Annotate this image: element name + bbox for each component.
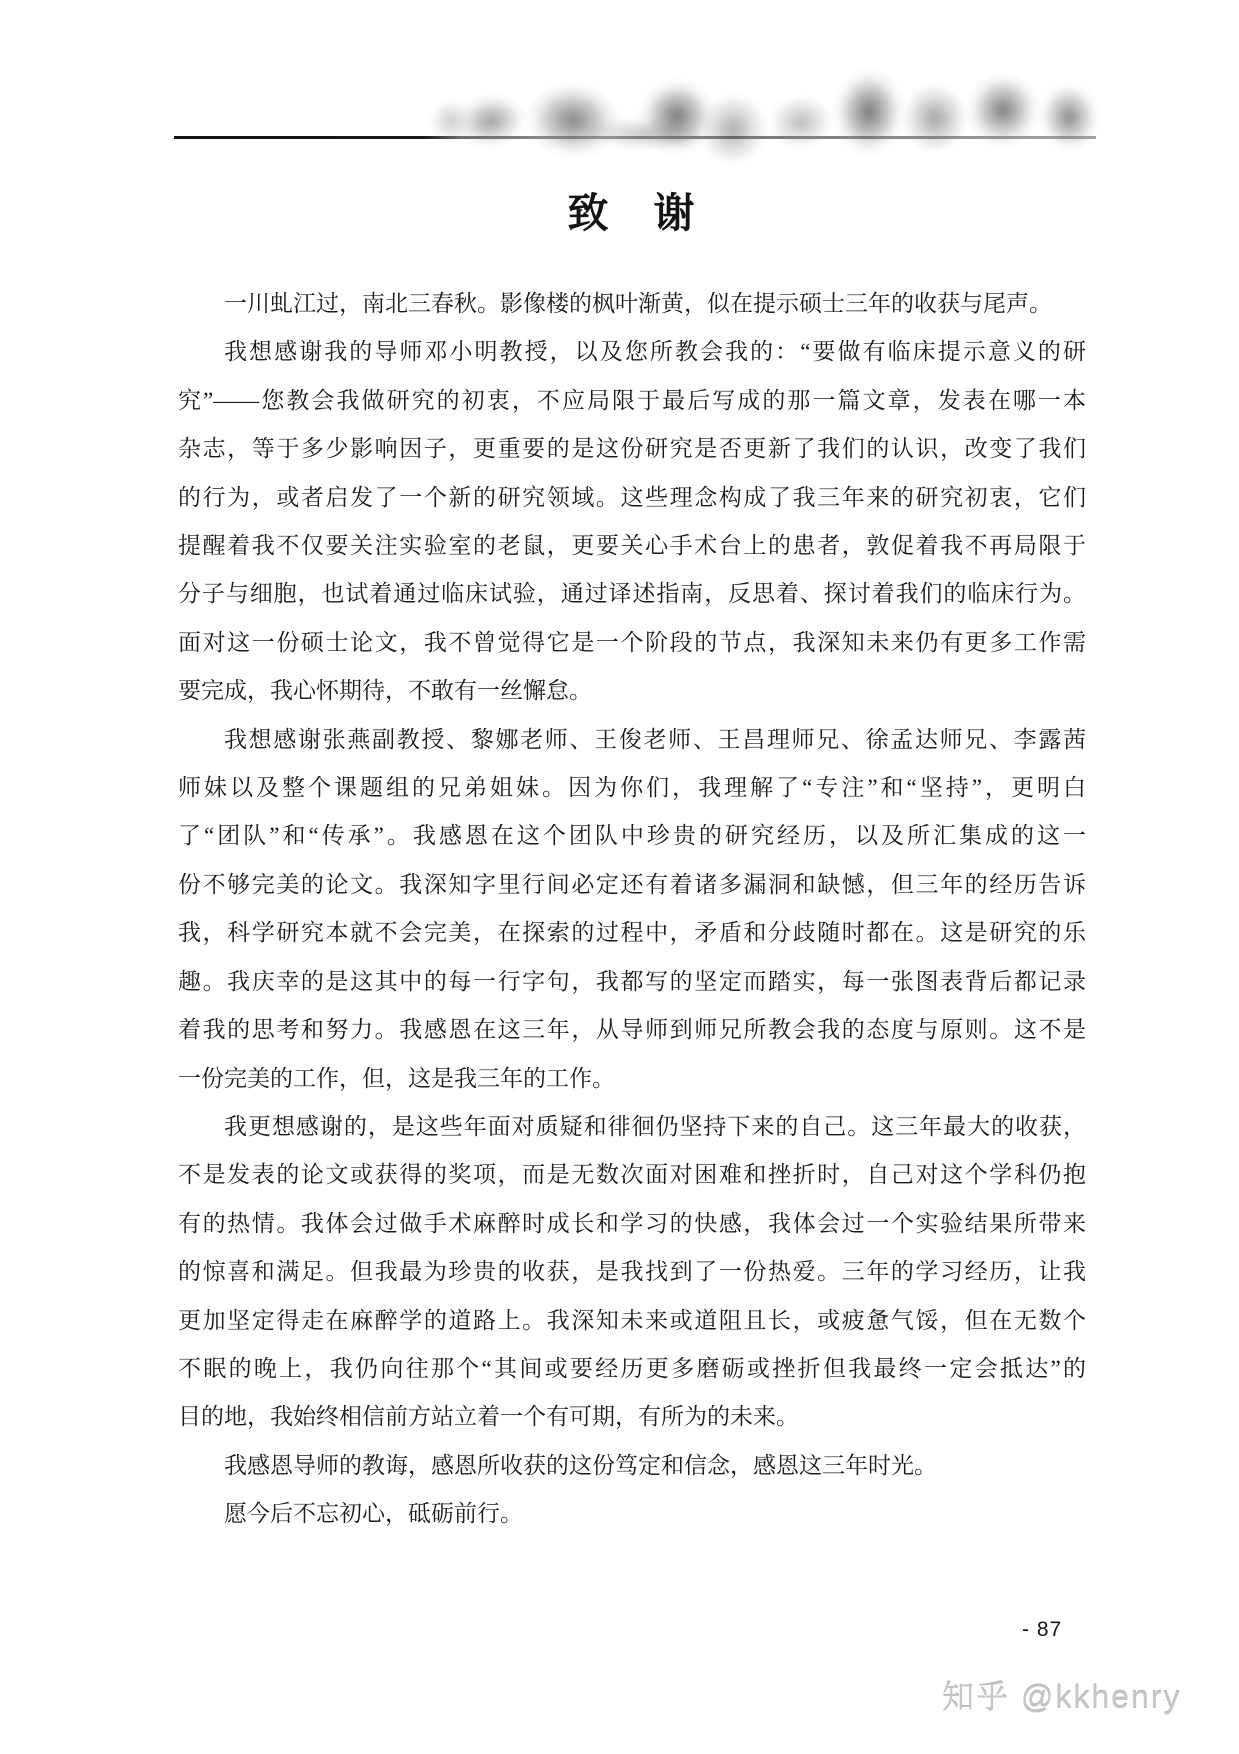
- smudge-mark: [767, 93, 834, 151]
- body-text: 一川虬江过，南北三春秋。影像楼的枫叶渐黄，似在提示硕士三年的收获与尾声。我想感谢…: [178, 280, 1086, 1539]
- text-line: 一川虬江过，南北三春秋。影像楼的枫叶渐黄，似在提示硕士三年的收获与尾声。: [178, 280, 1086, 328]
- text-line: 一份完美的工作，但，这是我三年的工作。: [178, 1055, 1086, 1103]
- smudge-mark: [1034, 78, 1104, 155]
- text-line: 愿今后不忘初心，砥砺前行。: [178, 1490, 1086, 1538]
- text-line: 杂志，等于多少影响因子，更重要的是这份研究是否更新了我们的认识，改变了我们: [178, 425, 1086, 473]
- text-line: 师妹以及整个课题组的兄弟姐妹。因为你们，我理解了“专注”和“坚持”，更明白: [178, 764, 1086, 812]
- text-line: 要完成，我心怀期待，不敢有一丝懈怠。: [178, 667, 1086, 715]
- page-number: - 87: [1022, 1618, 1062, 1642]
- text-line: 了“团队”和“传承”。我感恩在这个团队中珍贵的研究经历，以及所汇集成的这一: [178, 812, 1086, 860]
- text-line: 我感恩导师的教诲，感恩所收获的这份笃定和信念，感恩这三年时光。: [178, 1442, 1086, 1490]
- text-line: 更加坚定得走在麻醉学的道路上。我深知未来或道阻且长，或疲惫气馁，但在无数个: [178, 1297, 1086, 1345]
- text-line: 的行为，或者启发了一个新的研究领域。这些理念构成了我三年来的研究初衷，它们: [178, 474, 1086, 522]
- text-line: 我想感谢张燕副教授、黎娜老师、王俊老师、王昌理师兄、徐孟达师兄、李露茜: [178, 716, 1086, 764]
- text-line: 不是发表的论文或获得的奖项，而是无数次面对困难和挫折时，自己对这个学科仍抱: [178, 1151, 1086, 1199]
- page-title: 致 谢: [178, 180, 1086, 239]
- watermark: 知乎 @kkhenry: [942, 1672, 1181, 1718]
- text-line: 究”——您教会我做研究的初衷，不应局限于最后写成的那一篇文章，发表在哪一本: [178, 377, 1086, 425]
- text-line: 分子与细胞，也试着通过临床试验，通过译述指南，反思着、探讨着我们的临床行为。: [178, 570, 1086, 618]
- text-line: 我想感谢我的导师邓小明教授，以及您所教会我的：“要做有临床提示意义的研: [178, 328, 1086, 376]
- text-line: 不眠的晚上，我仍向往那个“其间或要经历更多磨砺或挫折但我最终一定会抵达”的: [178, 1345, 1086, 1393]
- text-line: 目的地，我始终相信前方站立着一个有可期，有所为的未来。: [178, 1393, 1086, 1441]
- text-line: 我更想感谢的，是这些年面对质疑和徘徊仍坚持下来的自己。这三年最大的收获，: [178, 1103, 1086, 1151]
- text-line: 有的热情。我体会过做手术麻醉时成长和学习的快感，我体会过一个实验结果所带来: [178, 1200, 1086, 1248]
- smudge-mark: [962, 68, 1044, 151]
- smudge-mark: [831, 66, 908, 158]
- text-line: 的惊喜和满足。但我最为珍贵的收获，是我找到了一份热爱。三年的学习经历，让我: [178, 1248, 1086, 1296]
- text-line: 提醒着我不仅要关注实验室的老鼠，更要关心手术台上的患者，敦促着我不再局限于: [178, 522, 1086, 570]
- smudge-mark: [452, 89, 531, 152]
- text-line: 着我的思考和努力。我感恩在这三年，从导师到师兄所教会我的态度与原则。这不是: [178, 1006, 1086, 1054]
- smudge-mark: [900, 81, 970, 154]
- text-line: 份不够完美的论文。我深知字里行间必定还有着诸多漏洞和缺憾，但三年的经历告诉: [178, 861, 1086, 909]
- text-line: 面对这一份硕士论文，我不曾觉得它是一个阶段的节点，我深知未来仍有更多工作需: [178, 619, 1086, 667]
- text-line: 趣。我庆幸的是这其中的每一行字句，我都写的坚定而踏实，每一张图表背后都记录: [178, 958, 1086, 1006]
- text-line: 我，科学研究本就不会完美，在探索的过程中，矛盾和分歧随时都在。这是研究的乐: [178, 909, 1086, 957]
- scanned-document-page: 致 谢 一川虬江过，南北三春秋。影像楼的枫叶渐黄，似在提示硕士三年的收获与尾声。…: [0, 0, 1239, 1754]
